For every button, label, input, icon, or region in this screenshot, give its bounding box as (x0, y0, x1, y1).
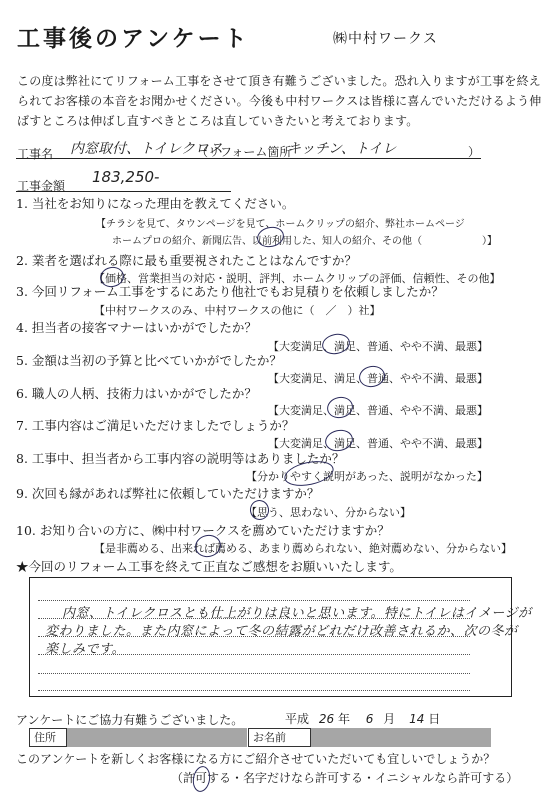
comment-dotted-line (38, 690, 470, 691)
name-redacted (311, 728, 491, 747)
thanks-text: アンケートにご協力有難うございました。 (16, 711, 243, 728)
date-era: 平成 (285, 712, 309, 726)
question-6-options[interactable]: 【大変満足、満足、普通、やや不満、最悪】 (268, 402, 488, 418)
intro-line-1: この度は弊社にてリフォーム工事をさせて頂き有難うございました。恐れ入りますが工事… (17, 72, 541, 89)
survey-title: 工事後のアンケート (17, 20, 250, 53)
date-month-unit: 月 (383, 712, 395, 726)
question-8: 8. 工事中、担当者から工事内容の説明等はありましたか？ (16, 449, 344, 467)
comment-dotted-line (38, 673, 470, 674)
comment-line-1: 内窓、トイレクロスとも仕上がりは良いと思います。特にトイレはイメージが (62, 602, 532, 621)
company-name: ㈱中村ワークス (333, 28, 438, 48)
address-label: 住所 (29, 728, 67, 747)
date-field: 平成 26 年 6 月 14 日 (285, 710, 440, 727)
construction-name-underline (16, 158, 481, 159)
intro-line-2: られてお客様の本音をお聞かせください。今後も中村ワークスは皆様に喜んでいただける… (17, 92, 541, 109)
question-number: 10. (16, 523, 36, 538)
question-text: 今回リフォーム工事をするにあたり他社でもお見積りを依頼しましたか？ (32, 284, 444, 299)
question-10-options[interactable]: 【是非薦める、出来れば薦める、あまり薦められない、絶対薦めない、分からない】 (94, 540, 512, 556)
question-text: 当社をお知りになった理由を教えてください。 (32, 196, 295, 211)
question-number: 8. (16, 451, 28, 466)
question-text: 業者を選ばれる際に最も重要視されたことはなんですか？ (32, 253, 357, 268)
construction-name-label: 工事名 (17, 145, 53, 162)
date-day-unit: 日 (428, 712, 440, 726)
permission-question: このアンケートを新しくお客様になる方にご紹介させていただいても宜しいでしょうか？ (16, 750, 495, 767)
intro-line-3: ばすところは伸ばし直すべきところは直していきたいと考えております。 (17, 112, 418, 129)
question-7: 7. 工事内容はご満足いただけましたでしょうか？ (16, 416, 294, 434)
date-day[interactable]: 14 (409, 712, 424, 726)
date-year-unit: 年 (338, 712, 350, 726)
question-3-options[interactable]: 【中村ワークスのみ、中村ワークスの他に（ ／ ）社】 (94, 302, 380, 318)
question-4-options[interactable]: 【大変満足、満足、普通、やや不満、最悪】 (268, 338, 488, 354)
question-1-options-line-1[interactable]: 【チラシを見て、タウンページを見て、ホームクリップの紹介、弊社ホームページ (96, 215, 465, 230)
date-month[interactable]: 6 (366, 712, 374, 726)
question-number: 7. (16, 418, 28, 433)
question-9-options[interactable]: 【思う、思わない、分からない】 (246, 504, 411, 520)
question-number: 9. (16, 486, 28, 501)
question-text: 金額は当初の予算と比べていかがでしたか？ (32, 353, 282, 368)
question-text: 職人の人柄、技術力はいかがでしたか？ (32, 386, 257, 401)
question-number: 6. (16, 386, 28, 401)
question-text: 次回も縁があれば弊社に依頼していただけますか？ (32, 486, 320, 501)
amount-value[interactable]: 183,250- (92, 168, 159, 186)
question-number: 2. (16, 253, 28, 268)
question-number: 1. (16, 196, 28, 211)
amount-underline (16, 191, 231, 192)
question-text: 担当者の接客マナーはいかがでしたか？ (32, 320, 257, 335)
question-6: 6. 職人の人柄、技術力はいかがでしたか？ (16, 384, 257, 402)
permission-options[interactable]: （許可する・名字だけなら許可する・イニシャルなら許可する） (171, 769, 518, 786)
comment-line-3: 楽しみです。 (45, 638, 125, 657)
name-label: お名前 (248, 728, 311, 747)
reform-location-value[interactable]: キッチン、トイレ (287, 138, 396, 158)
question-5: 5. 金額は当初の予算と比べていかがでしたか？ (16, 351, 282, 369)
question-9: 9. 次回も縁があれば弊社に依頼していただけますか？ (16, 484, 319, 502)
impression-prompt: ★今回のリフォーム工事を終えて正直なご感想をお願いいたします。 (16, 557, 402, 575)
address-redacted (67, 728, 247, 747)
question-2: 2. 業者を選ばれる際に最も重要視されたことはなんですか？ (16, 251, 357, 269)
date-year[interactable]: 26 (319, 712, 334, 726)
question-1-options-line-2[interactable]: ホームプロの紹介、新聞広告、以前利用した、知人の紹介、その他（ ）】 (112, 232, 497, 247)
question-8-options[interactable]: 【分かりやすく説明があった、説明がなかった】 (246, 468, 488, 484)
question-number: 5. (16, 353, 28, 368)
comment-dotted-line (38, 600, 470, 601)
question-4: 4. 担当者の接客マナーはいかがでしたか？ (16, 318, 257, 336)
question-number: 4. (16, 320, 28, 335)
question-number: 3. (16, 284, 28, 299)
question-1: 1. 当社をお知りになった理由を教えてください。 (16, 194, 294, 212)
question-text: 工事内容はご満足いただけましたでしょうか？ (32, 418, 295, 433)
question-3: 3. 今回リフォーム工事をするにあたり他社でもお見積りを依頼しましたか？ (16, 282, 444, 300)
comment-line-2: 変わりました。また内窓によって冬の結露がどれだけ改善されるか、次の冬が (45, 620, 518, 639)
